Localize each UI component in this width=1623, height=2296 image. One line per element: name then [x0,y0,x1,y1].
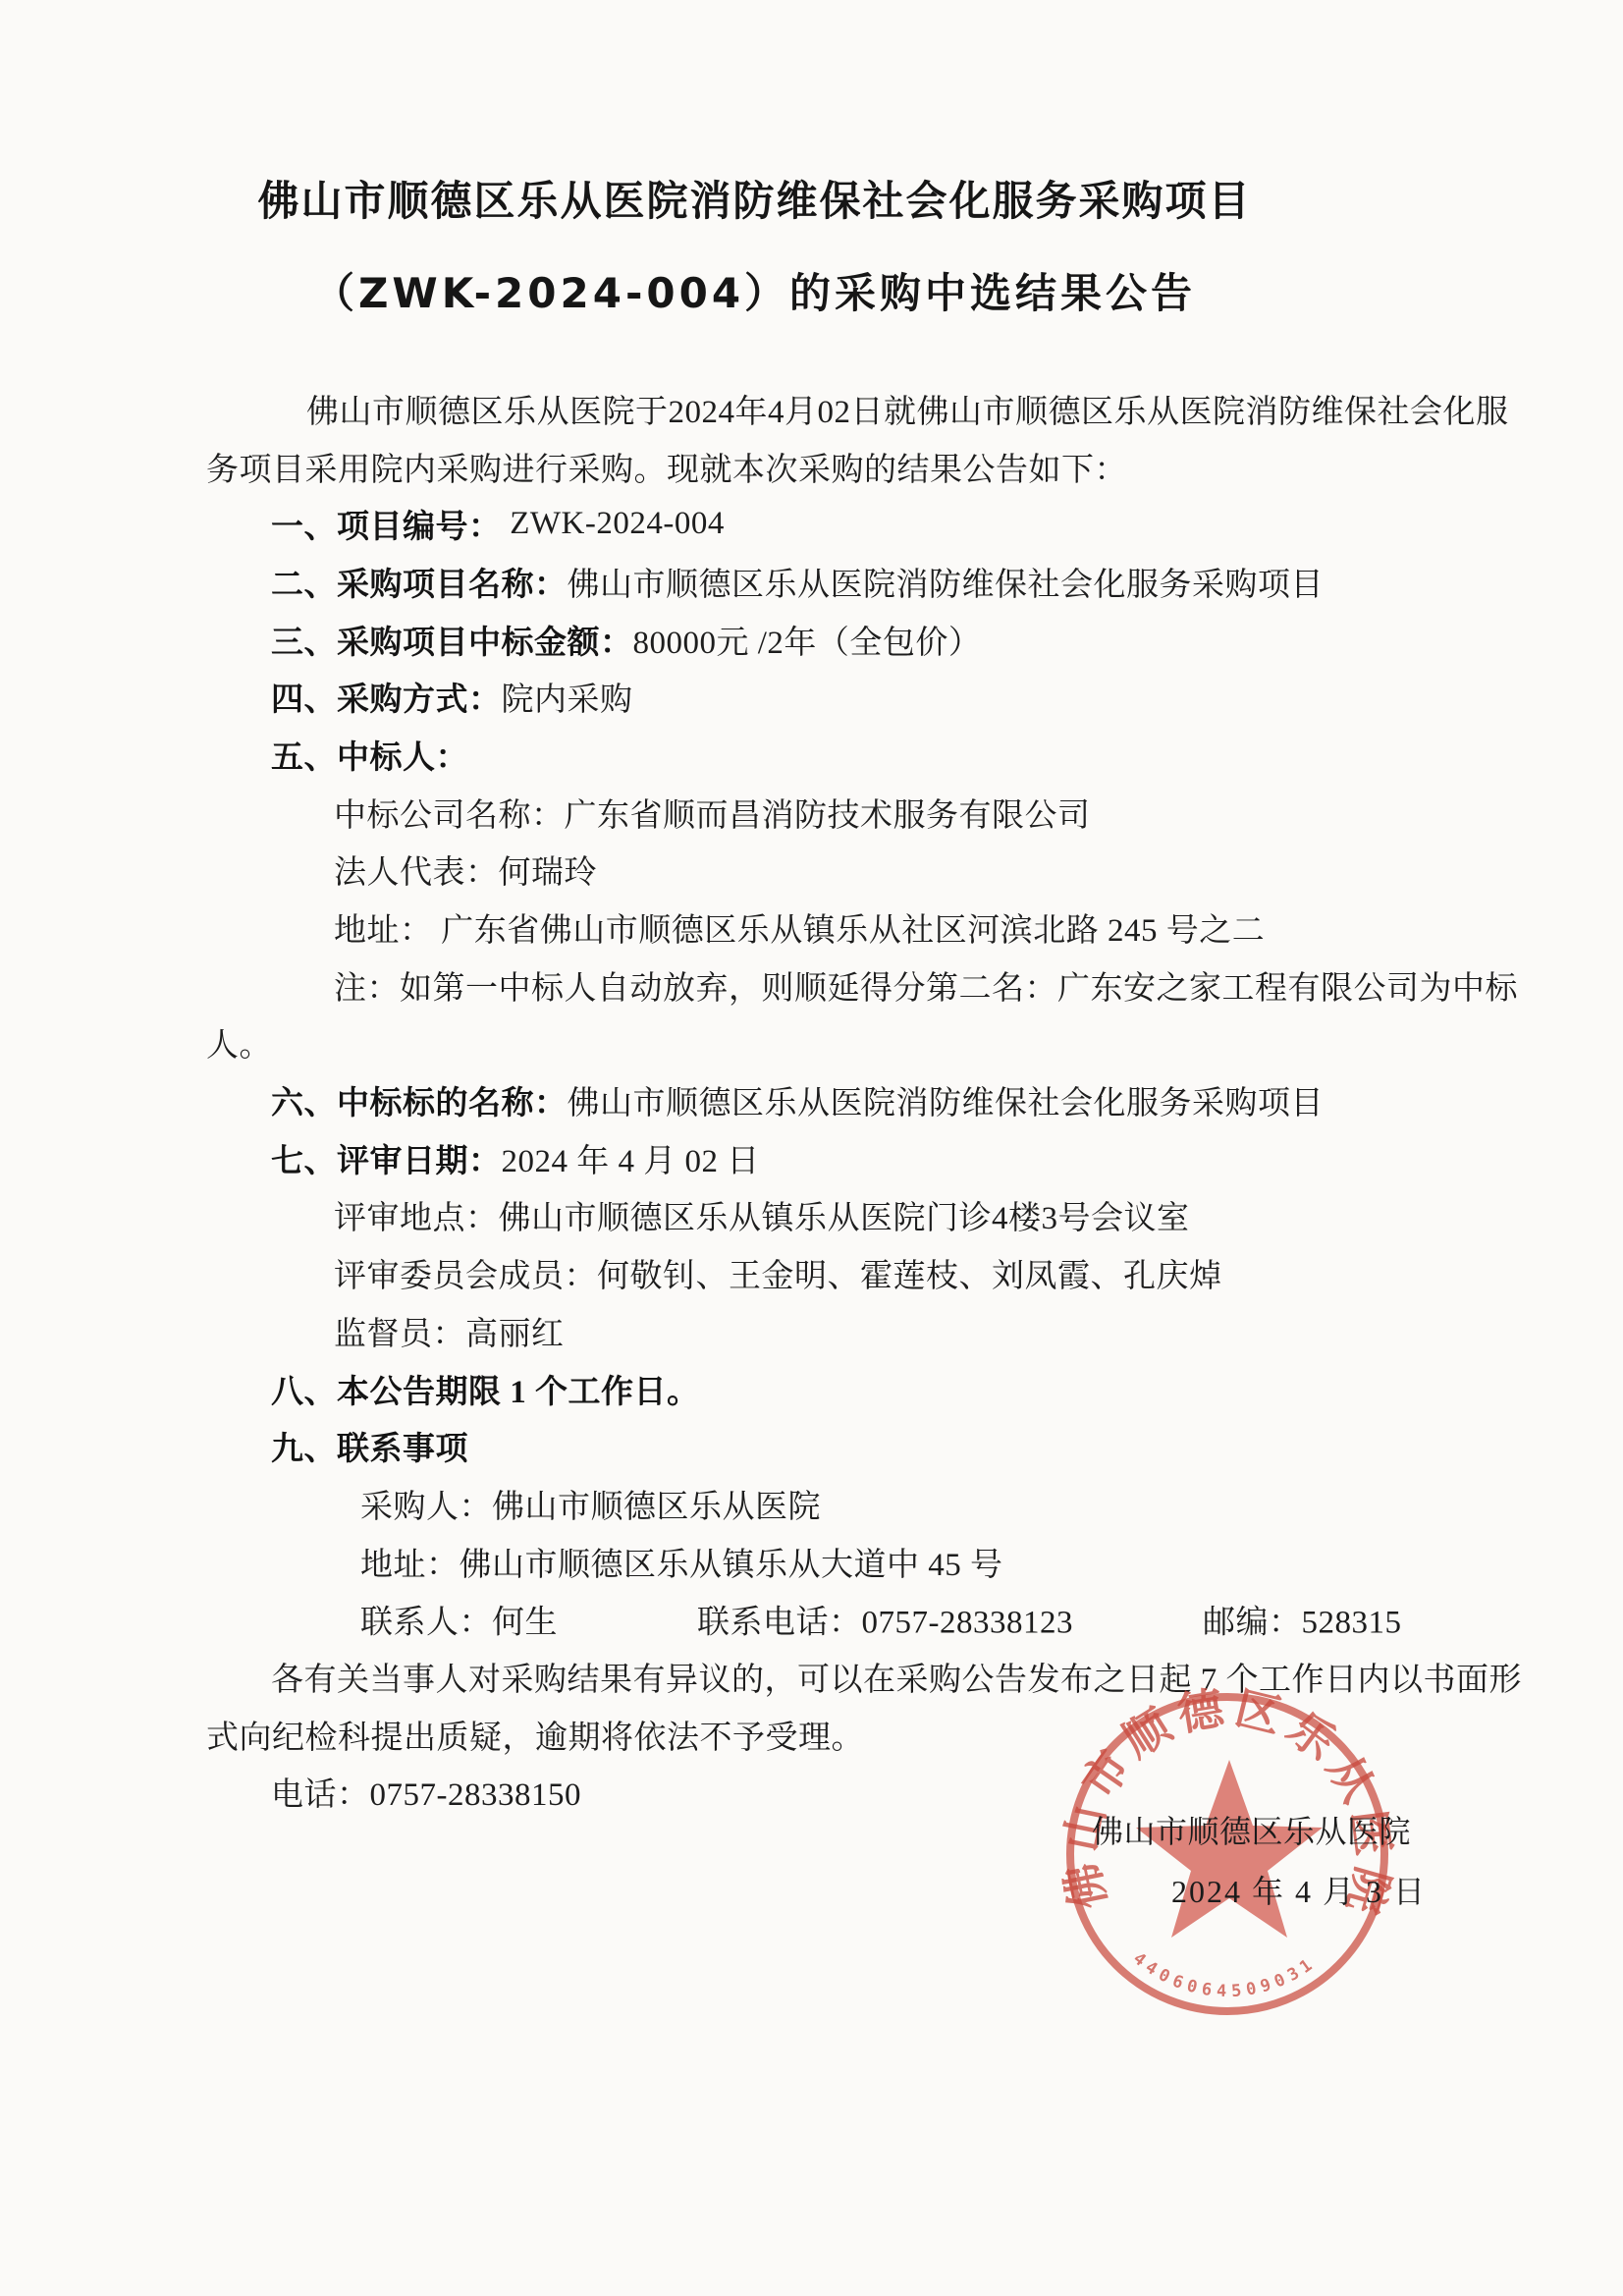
winner-note-line-1: 注：如第一中标人自动放弃，则顺延得分第二名：广东安之家工程有限公司为中标 [206,957,1453,1014]
review-supervisor: 监督员：高丽红 [206,1302,1453,1360]
seal-icon: 佛山市顺德区乐从医院 4406064509031 [1053,1675,1414,2037]
official-seal-stamp: 佛山市顺德区乐从医院 4406064509031 [1053,1675,1414,2037]
document-title-line1: 佛山市顺德区乐从医院消防维保社会化服务采购项目 [0,169,1566,228]
contact-person: 联系人：何生 [360,1596,558,1642]
item-announcement-period: 八、本公告期限 1 个工作日。 [206,1360,1453,1418]
purchaser-name: 采购人：佛山市顺德区乐从医院 [206,1475,1453,1533]
contact-row: 联系人：何生 联系电话：0757-28338123 邮编：528315 [206,1590,1453,1648]
item-project-name: 二、采购项目名称：佛山市顺德区乐从医院消防维保社会化服务采购项目 [206,553,1453,611]
intro-line-1: 佛山市顺德区乐从医院于2024年4月02日就佛山市顺德区乐从医院消防维保社会化服 [206,380,1453,438]
item-award-amount: 三、采购项目中标金额：80000元 /2年（全包价） [206,611,1453,669]
contact-phone: 联系电话：0757-28338123 [697,1596,1073,1642]
purchaser-address: 地址：佛山市顺德区乐从镇乐从大道中 45 号 [206,1533,1453,1591]
winner-legal-representative: 法人代表：何瑞玲 [206,842,1453,900]
item-review-date: 七、评审日期：2024 年 4 月 02 日 [206,1129,1453,1187]
item-winner-heading: 五、中标人： [206,726,1453,784]
winner-company-name: 中标公司名称：广东省顺而昌消防技术服务有限公司 [206,784,1453,842]
document-title-line2: （ZWK-2024-004）的采购中选结果公告 [0,261,1566,320]
winner-note-line-2: 人。 [206,1014,1453,1072]
intro-line-2: 务项目采用院内采购进行采购。现就本次采购的结果公告如下： [206,438,1453,496]
signature-organization: 佛山市顺德区乐从医院 [1092,1807,1411,1852]
item-project-number: 一、项目编号： ZWK-2024-004 [206,495,1453,553]
review-location: 评审地点：佛山市顺德区乐从镇乐从医院门诊4楼3号会议室 [206,1187,1453,1245]
signature-date: 2024 年 4 月 3 日 [1171,1867,1427,1912]
item-procurement-method: 四、采购方式：院内采购 [206,668,1453,726]
winner-address: 地址： 广东省佛山市顺德区乐从镇乐从社区河滨北路 245 号之二 [206,899,1453,957]
review-committee-members: 评审委员会成员：何敬钊、王金明、霍莲枝、刘凤霞、孔庆焯 [206,1244,1453,1302]
document-body: 佛山市顺德区乐从医院于2024年4月02日就佛山市顺德区乐从医院消防维保社会化服… [206,380,1453,1821]
contact-postcode: 邮编：528315 [1203,1596,1402,1642]
item-award-subject-name: 六、中标标的名称：佛山市顺德区乐从医院消防维保社会化服务采购项目 [206,1071,1453,1129]
item-contact-heading: 九、联系事项 [206,1417,1453,1475]
document-page: 佛山市顺德区乐从医院消防维保社会化服务采购项目 （ZWK-2024-004）的采… [0,0,1623,2296]
